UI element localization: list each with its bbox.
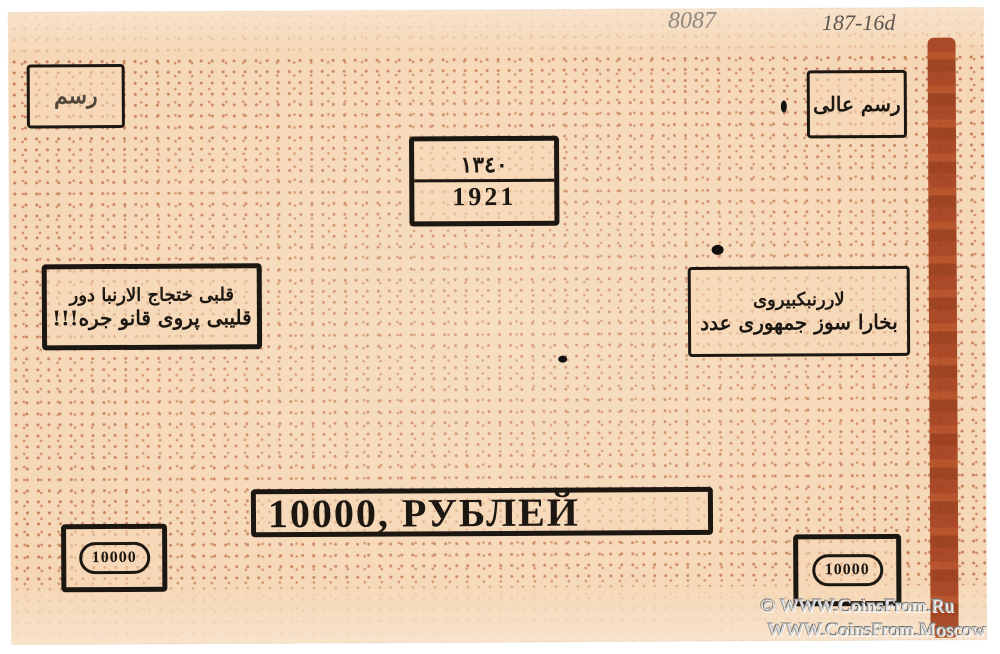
watermark-line1: © WWW.CoinsFrom.Ru xyxy=(761,596,955,618)
ink-blot xyxy=(712,245,724,255)
pencil-note-left: 8087 xyxy=(668,8,716,35)
top-left-stamp-text: رسم xyxy=(54,83,98,109)
ink-blot xyxy=(558,356,567,363)
year-stamp: ١٣٤٠ 1921 xyxy=(409,136,559,227)
year-text: 1921 xyxy=(414,178,554,212)
left-inscription-line1: قلبی ختجاج الارنبا دور xyxy=(70,284,234,306)
left-inscription-line2: قلیبی پروی قانو جره!!! xyxy=(52,305,252,330)
top-left-stamp: رسم xyxy=(27,64,125,129)
pencil-note-right: 187-16d xyxy=(822,10,895,36)
top-right-stamp: رسم عالی xyxy=(807,70,907,139)
right-inscription-stamp: لاررنبکبیروی بخارا سوز جمهوری عدد xyxy=(688,266,910,357)
banknote: رسم رسم عالی ١٣٤٠ 1921 قلبی ختجاج الارنب… xyxy=(8,7,986,644)
denomination-stamp: 10000, РУБЛЕЙ xyxy=(251,487,713,537)
hijri-date: ١٣٤٠ xyxy=(460,150,507,178)
ink-blot xyxy=(781,100,787,112)
right-inscription-line1: لاررنبکبیروی xyxy=(753,289,845,310)
top-right-stamp-text: رسم عالی xyxy=(813,92,901,116)
bottom-right-value: 10000 xyxy=(812,554,883,586)
right-edge-stripe xyxy=(927,38,958,638)
denomination-text: 10000, РУБЛЕЙ xyxy=(268,488,580,537)
left-inscription-stamp: قلبی ختجاج الارنبا دور قلیبی پروی قانو ج… xyxy=(42,263,262,350)
bottom-left-value: 10000 xyxy=(79,542,150,574)
watermark-line2: WWW.CoinsFrom.Moscow xyxy=(767,620,986,642)
right-inscription-line2: بخارا سوز جمهوری عدد xyxy=(700,309,898,334)
bottom-left-value-stamp: 10000 xyxy=(61,524,167,593)
